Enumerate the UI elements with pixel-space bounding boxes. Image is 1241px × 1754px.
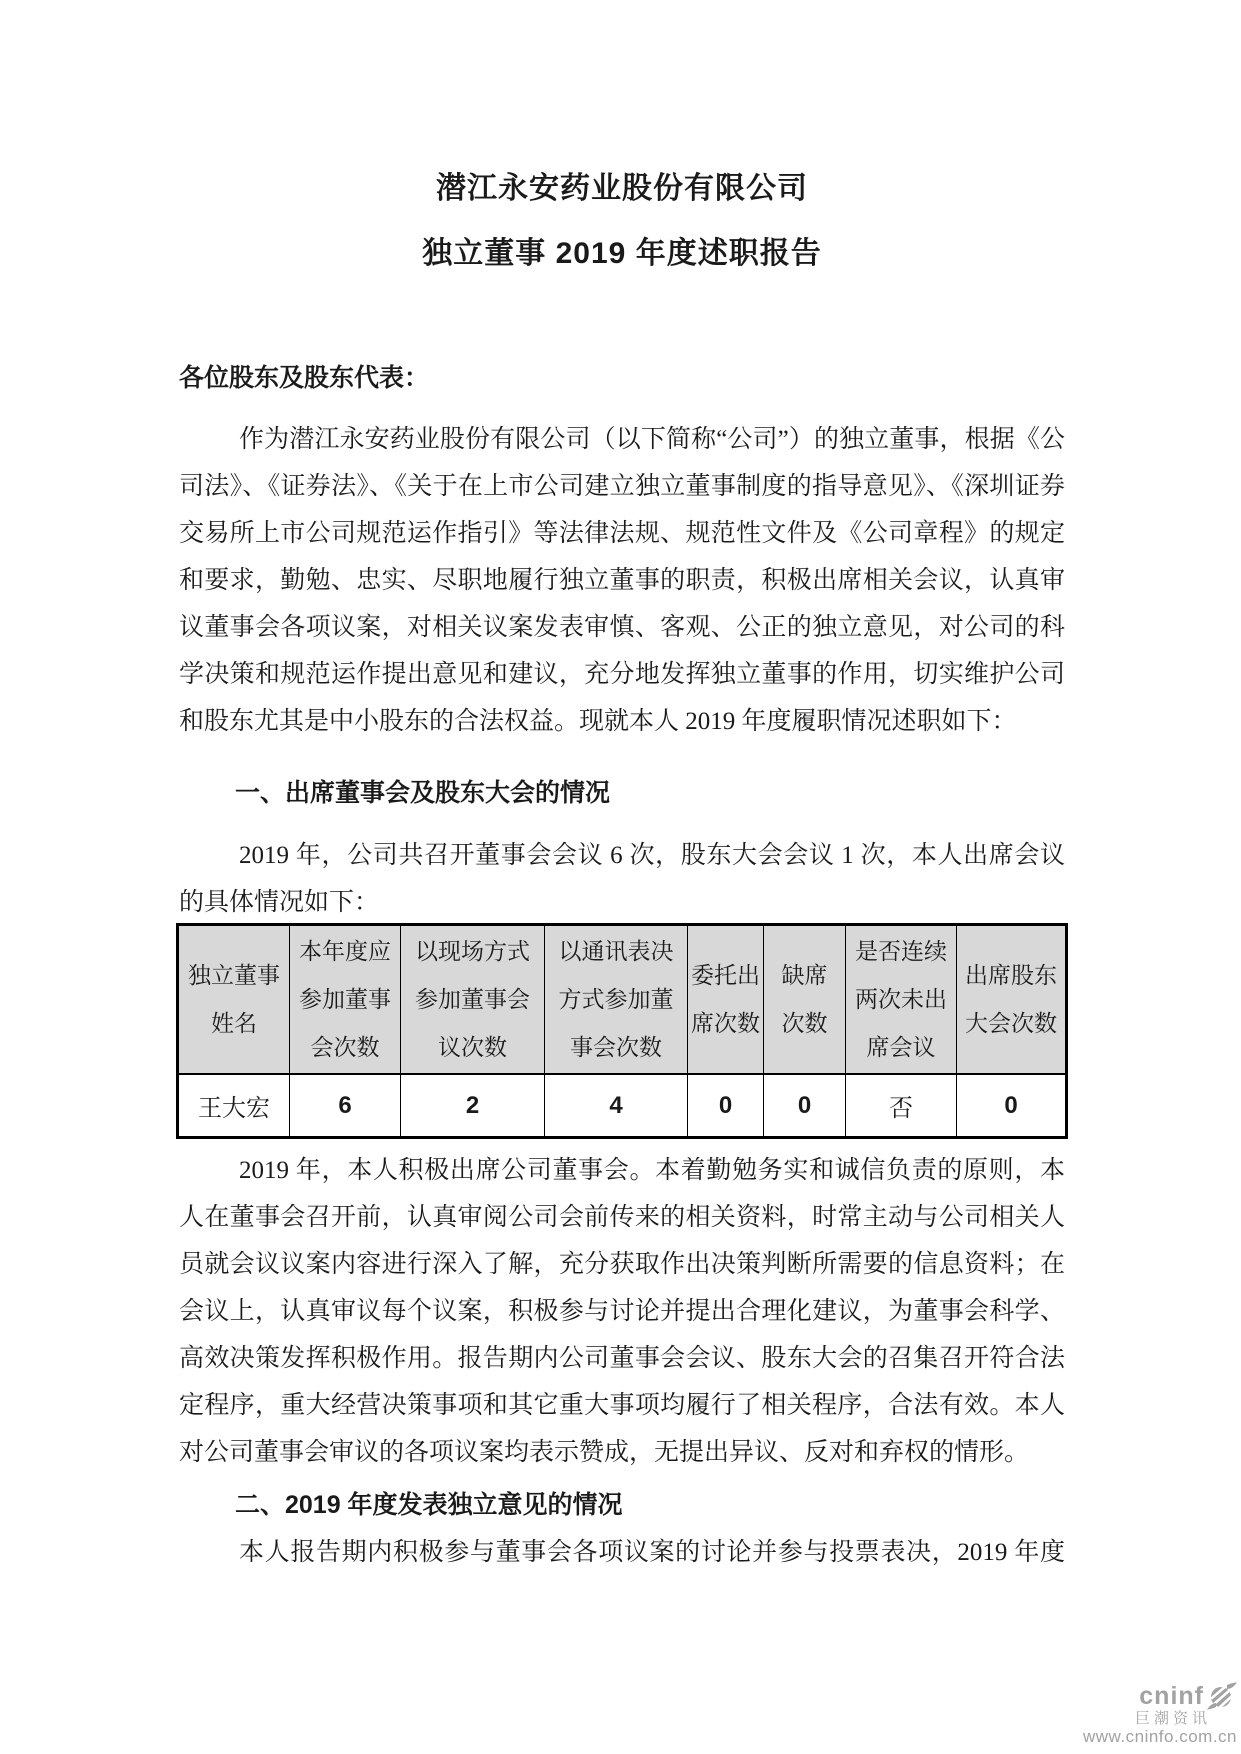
- table-header-row: 独立董事 姓名 本年度应 参加董事 会次数 以现场方式 参加董事会 议次数 以通…: [178, 925, 1067, 1075]
- table-header-cell: 缺席 次数: [764, 925, 846, 1075]
- table-header-cell: 是否连续 两次未出 席会议: [846, 925, 957, 1075]
- paragraph-line: 定程序，重大经营决策事项和其它重大事项均履行了相关程序，合法有效。本人: [179, 1382, 1065, 1429]
- paragraph-line: 交易所上市公司规范运作指引》等法律法规、规范性文件及《公司章程》的规定: [179, 510, 1065, 557]
- table-header-cell: 出席股东 大会次数: [957, 925, 1067, 1075]
- paragraph-line: 本人报告期内积极参与董事会各项议案的讨论并参与投票表决，2019 年度: [179, 1529, 1065, 1576]
- paragraph-2: 2019 年，公司共召开董事会会议 6 次，股东大会会议 1 次，本人出席会议 …: [179, 832, 1065, 926]
- table-header-cell: 本年度应 参加董事 会次数: [290, 925, 401, 1075]
- cninfo-wordmark: cninf: [1139, 1683, 1204, 1709]
- paragraph-line: 和股东尤其是中小股东的合法权益。现就本人 2019 年度履职情况述职如下：: [179, 698, 1065, 745]
- doc-subtitle: 独立董事 2019 年度述职报告: [179, 228, 1065, 272]
- table-cell: 否: [846, 1074, 957, 1138]
- cninfo-logo: cninf 巨潮资讯 www.cninfo.com.cn: [1083, 1682, 1237, 1746]
- table-cell-name: 王大宏: [178, 1074, 290, 1138]
- table-cell: 0: [764, 1074, 846, 1138]
- salutation: 各位股东及股东代表：: [179, 358, 1065, 394]
- paragraph-line: 对公司董事会审议的各项议案均表示赞成，无提出异议、反对和弃权的情形。: [179, 1429, 1065, 1476]
- paragraph-line: 2019 年，公司共召开董事会会议 6 次，股东大会会议 1 次，本人出席会议: [179, 832, 1065, 879]
- paragraph-line: 员就会议议案内容进行深入了解，充分获取作出决策判断所需要的信息资料；在: [179, 1241, 1065, 1288]
- table-header-cell: 独立董事 姓名: [178, 925, 290, 1075]
- paragraph-line: 会议上，认真审议每个议案，积极参与讨论并提出合理化建议，为董事会科学、: [179, 1288, 1065, 1335]
- paragraph-line: 议董事会各项议案，对相关议案发表审慎、客观、公正的独立意见，对公司的科: [179, 604, 1065, 651]
- paragraph-line: 2019 年，本人积极出席公司董事会。本着勤勉务实和诚信负责的原则，本: [179, 1147, 1065, 1194]
- cninfo-url: www.cninfo.com.cn: [1083, 1727, 1237, 1746]
- table-cell: 0: [688, 1074, 764, 1138]
- table-cell: 4: [545, 1074, 688, 1138]
- section-1-heading: 一、出席董事会及股东大会的情况: [179, 778, 1121, 808]
- table-cell: 6: [290, 1074, 401, 1138]
- paragraph-line: 作为潜江永安药业股份有限公司（以下简称“公司”）的独立董事，根据《公: [179, 416, 1065, 463]
- paragraph-line: 和要求，勤勉、忠实、尽职地履行独立董事的职责，积极出席相关会议，认真审: [179, 557, 1065, 604]
- doc-title: 潜江永安药业股份有限公司: [179, 163, 1065, 207]
- paragraph-line: 人在董事会召开前，认真审阅公司会前传来的相关资料，时常主动与公司相关人: [179, 1194, 1065, 1241]
- cninfo-swirl-icon: [1207, 1682, 1237, 1710]
- document-page: 潜江永安药业股份有限公司 独立董事 2019 年度述职报告 各位股东及股东代表：…: [0, 0, 1241, 1754]
- paragraph-line: 学决策和规范运作提出意见和建议，充分地发挥独立董事的作用，切实维护公司: [179, 651, 1065, 698]
- cninfo-chinese-name: 巨潮资讯: [1083, 1710, 1211, 1727]
- table-cell: 2: [401, 1074, 545, 1138]
- paragraph-line: 司法》、《证券法》、《关于在上市公司建立独立董事制度的指导意见》、《深圳证券: [179, 463, 1065, 510]
- table-header-cell: 以现场方式 参加董事会 议次数: [401, 925, 545, 1075]
- paragraph-4: 本人报告期内积极参与董事会各项议案的讨论并参与投票表决，2019 年度: [179, 1529, 1065, 1576]
- attendance-table-wrap: 独立董事 姓名 本年度应 参加董事 会次数 以现场方式 参加董事会 议次数 以通…: [176, 923, 1068, 1139]
- table-data-row: 王大宏 6 2 4 0 0 否 0: [178, 1074, 1067, 1138]
- table-cell: 0: [957, 1074, 1067, 1138]
- paragraph-line: 高效决策发挥积极作用。报告期内公司董事会会议、股东大会的召集召开符合法: [179, 1335, 1065, 1382]
- paragraph-1: 作为潜江永安药业股份有限公司（以下简称“公司”）的独立董事，根据《公 司法》、《…: [179, 416, 1065, 745]
- paragraph-3: 2019 年，本人积极出席公司董事会。本着勤勉务实和诚信负责的原则，本 人在董事…: [179, 1147, 1065, 1476]
- section-2-heading: 二、2019 年度发表独立意见的情况: [179, 1490, 1121, 1520]
- table-header-cell: 以通讯表决 方式参加董 事会次数: [545, 925, 688, 1075]
- paragraph-line: 的具体情况如下：: [179, 879, 1065, 926]
- table-header-cell: 委托出 席次数: [688, 925, 764, 1075]
- attendance-table: 独立董事 姓名 本年度应 参加董事 会次数 以现场方式 参加董事会 议次数 以通…: [176, 923, 1068, 1139]
